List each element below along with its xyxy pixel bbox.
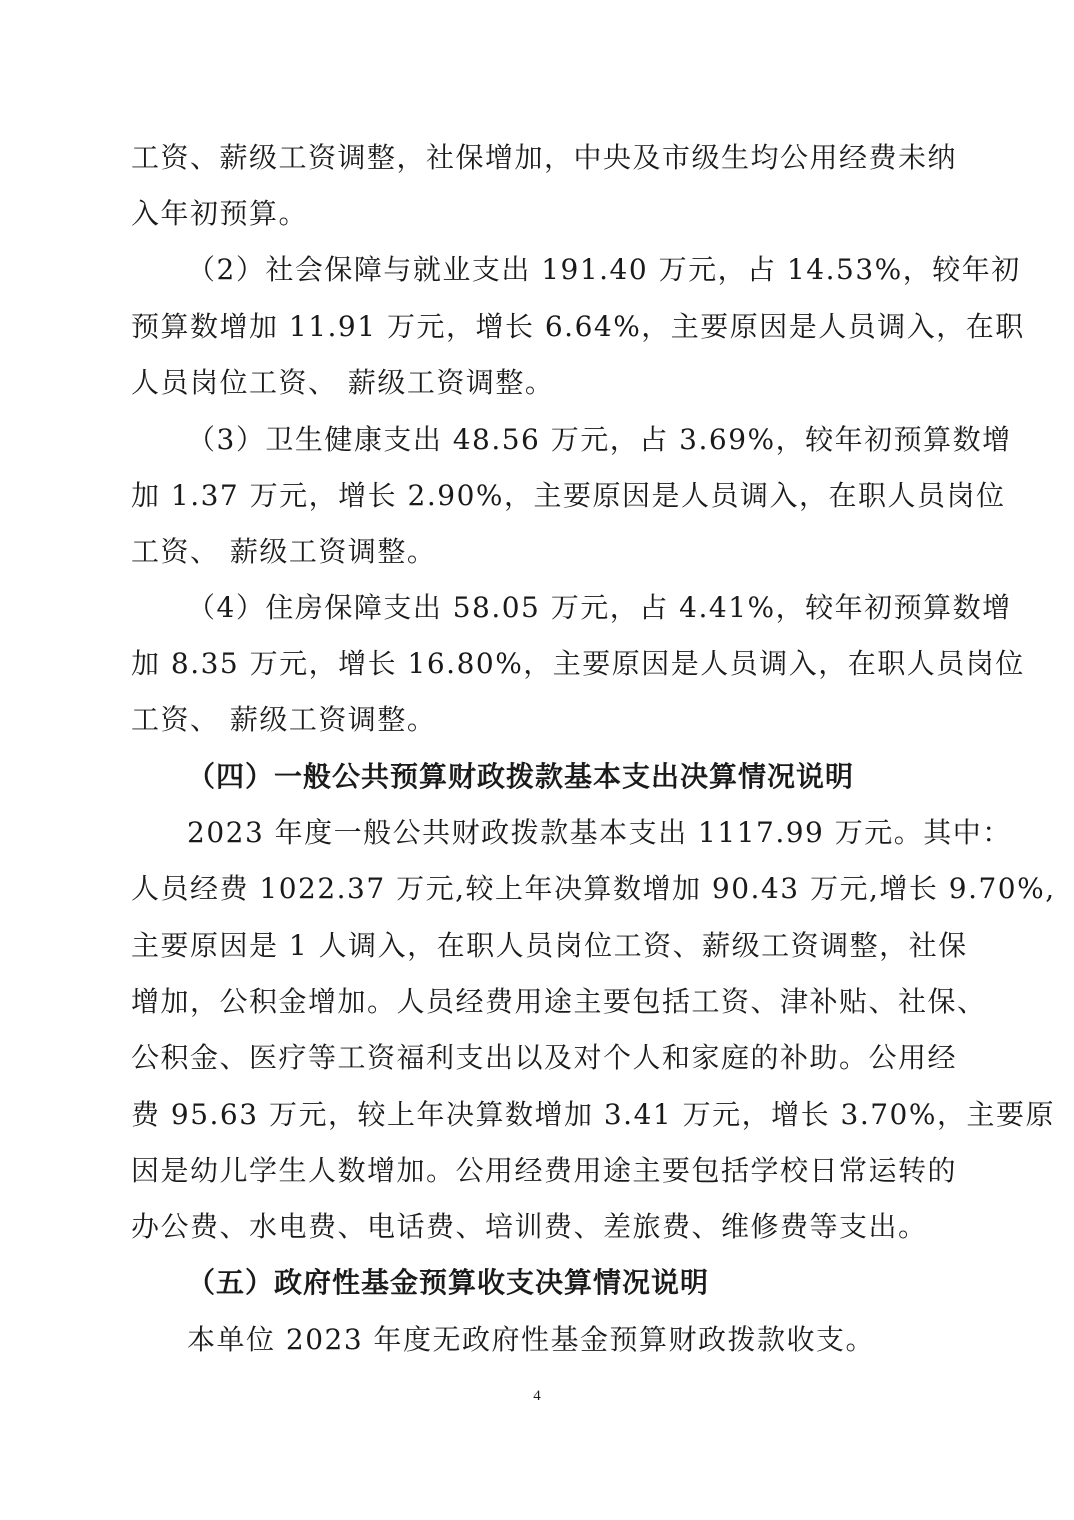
text-line: （4）住房保障支出 58.05 万元，占 4.41%，较年初预算数增 xyxy=(187,591,946,625)
text-line: （2）社会保障与就业支出 191.40 万元，占 14.53%，较年初 xyxy=(187,253,946,287)
section-heading: （五）政府性基金预算收支决算情况说明 xyxy=(187,1266,1002,1300)
text-line: （3）卫生健康支出 48.56 万元，占 3.69%，较年初预算数增 xyxy=(187,423,946,457)
text-line: 工资、薪级工资调整，社保增加，中央及市级生均公用经费未纳 xyxy=(131,141,946,175)
section-heading: （四）一般公共预算财政拨款基本支出决算情况说明 xyxy=(187,760,1002,794)
text-line: 2023 年度一般公共财政拨款基本支出 1117.99 万元。其中： xyxy=(187,816,946,850)
text-line: 加 1.37 万元，增长 2.90%，主要原因是人员调入，在职人员岗位 xyxy=(131,479,946,513)
text-line: 工资、 薪级工资调整。 xyxy=(131,535,946,569)
text-line: 增加，公积金增加。人员经费用途主要包括工资、津补贴、社保、 xyxy=(131,985,946,1019)
page-number: 4 xyxy=(0,1388,1074,1405)
text-line: 公积金、医疗等工资福利支出以及对个人和家庭的补助。公用经 xyxy=(131,1041,946,1075)
text-line: 主要原因是 1 人调入，在职人员岗位工资、薪级工资调整，社保 xyxy=(131,929,946,963)
text-line: 入年初预算。 xyxy=(131,197,946,231)
text-line: 预算数增加 11.91 万元，增长 6.64%，主要原因是人员调入，在职 xyxy=(131,310,946,344)
text-line: 办公费、水电费、电话费、培训费、差旅费、维修费等支出。 xyxy=(131,1210,946,1244)
text-line: 人员岗位工资、 薪级工资调整。 xyxy=(131,366,946,400)
text-line: 工资、 薪级工资调整。 xyxy=(131,703,946,737)
text-line: 费 95.63 万元，较上年决算数增加 3.41 万元，增长 3.70%，主要原 xyxy=(131,1098,946,1132)
text-line: 加 8.35 万元，增长 16.80%，主要原因是人员调入，在职人员岗位 xyxy=(131,647,946,681)
text-line: 因是幼儿学生人数增加。公用经费用途主要包括学校日常运转的 xyxy=(131,1154,946,1188)
text-line: 本单位 2023 年度无政府性基金预算财政拨款收支。 xyxy=(187,1323,946,1357)
text-line: 人员经费 1022.37 万元,较上年决算数增加 90.43 万元,增长 9.7… xyxy=(131,872,946,906)
